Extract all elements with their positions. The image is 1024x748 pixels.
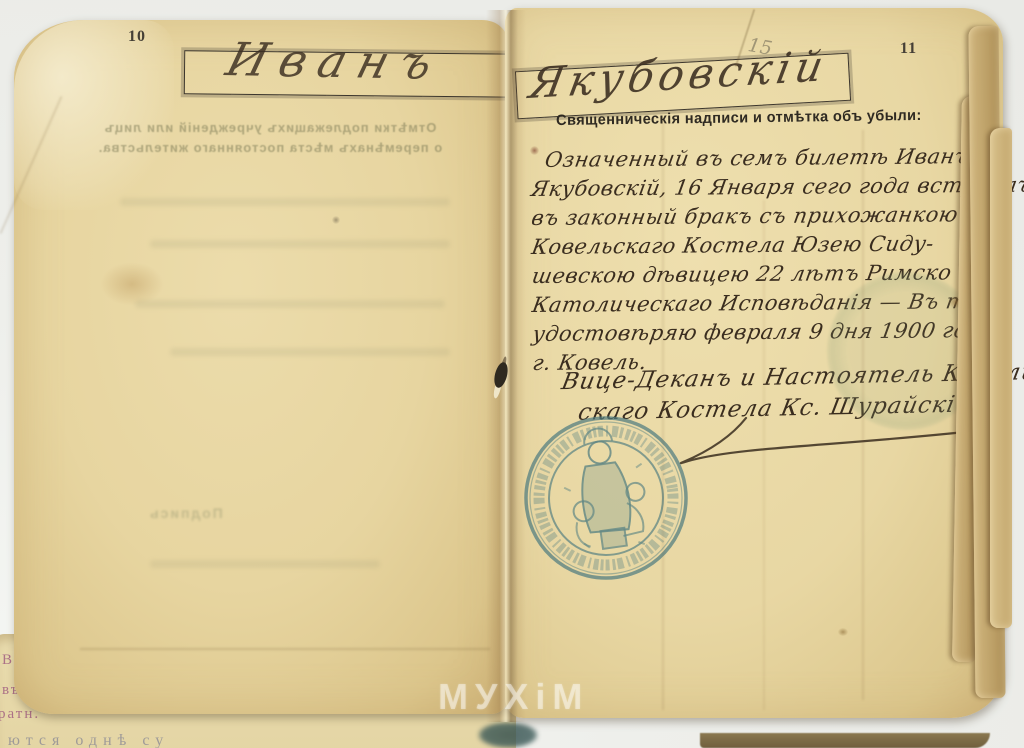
watermark: МУХіМ bbox=[438, 676, 589, 718]
crease-line bbox=[662, 120, 664, 710]
page-number-right: 11 bbox=[900, 40, 917, 58]
manuscript-line: Якубовскій, 16 Января сего года вступилъ bbox=[529, 171, 1012, 204]
book-bottom-edge bbox=[700, 733, 990, 748]
bleedthrough-smudge bbox=[150, 560, 380, 568]
church-seal-stamp bbox=[520, 412, 692, 584]
underlay-fragment: ются однѣ су bbox=[8, 732, 169, 748]
torn-edge-strip bbox=[990, 128, 1012, 628]
stain bbox=[332, 216, 340, 224]
crease-line bbox=[862, 130, 864, 700]
scanned-document-photo: Вт въ ратн. ются однѣ су 10 Иванъ Отмѣтк… bbox=[0, 0, 1024, 748]
bleedthrough-smudge bbox=[150, 240, 450, 248]
stain bbox=[838, 628, 848, 636]
stain bbox=[530, 146, 539, 155]
shadow-spot bbox=[478, 722, 538, 748]
crease-line bbox=[80, 648, 490, 650]
bleedthrough-line: о перемѣнахъ мѣста постояннаго жительств… bbox=[82, 138, 458, 158]
crease-line bbox=[763, 200, 765, 710]
stain bbox=[100, 262, 164, 306]
manuscript-line: Означенный въ семъ билетѣ Иванъ bbox=[529, 142, 1012, 175]
bleedthrough-smudge bbox=[170, 348, 450, 356]
faint-bleedthrough-word: Подпись bbox=[148, 505, 223, 521]
bleedthrough-line: Отмѣтки подлежащихъ учрежденій или лицъ bbox=[82, 118, 458, 138]
manuscript-line: въ законный бракъ съ прихожанкою bbox=[529, 200, 1012, 233]
bleedthrough-smudge bbox=[135, 300, 445, 308]
handwritten-given-name: Иванъ bbox=[221, 32, 451, 90]
mirrored-bleedthrough-text: Отмѣтки подлежащихъ учрежденій или лицъ … bbox=[82, 118, 458, 158]
bleedthrough-smudge bbox=[120, 198, 450, 206]
manuscript-line: Ковельскаго Костела Юзею Сиду- bbox=[529, 229, 1012, 262]
page-number-left: 10 bbox=[128, 28, 146, 46]
worn-corner-highlight bbox=[14, 20, 174, 210]
